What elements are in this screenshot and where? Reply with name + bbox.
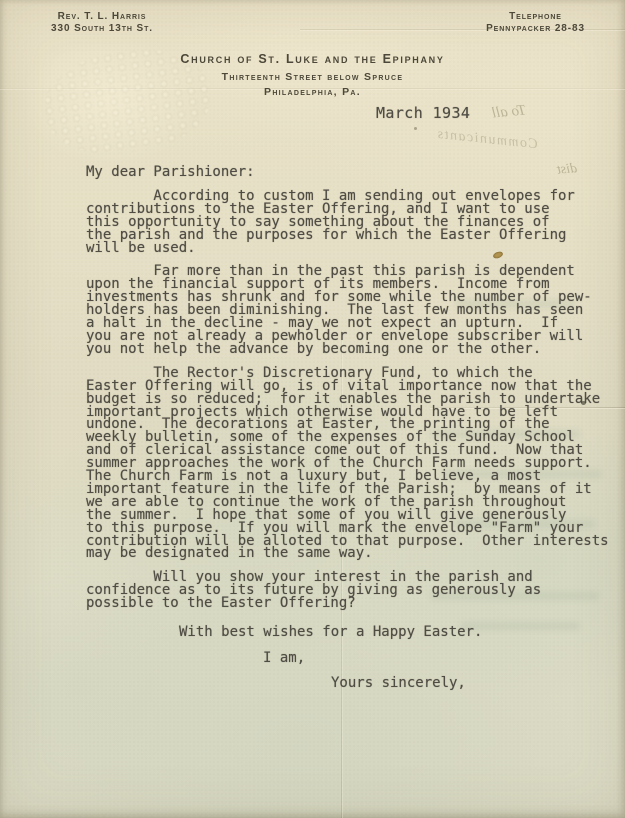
paragraph-4: Will you show your interest in the paris… bbox=[86, 571, 620, 610]
letterhead-church: Church of St. Luke and the Epiphany Thir… bbox=[0, 52, 625, 98]
salutation: My dear Parishioner: bbox=[86, 166, 620, 179]
church-street: Thirteenth Street below Spruce bbox=[0, 71, 625, 83]
closing-wishes: With best wishes for a Happy Easter. bbox=[179, 626, 620, 639]
pencil-note-to-all: To all bbox=[491, 103, 526, 123]
church-name: Church of St. Luke and the Epiphany bbox=[0, 52, 625, 66]
sender-address: 330 South 13th St. bbox=[22, 23, 182, 35]
paragraph-1: According to custom I am sending out env… bbox=[86, 190, 620, 255]
letter-body: My dear Parishioner: According to custom… bbox=[86, 166, 620, 690]
pencil-note-communicants: Communicants bbox=[435, 127, 538, 154]
telephone-label: Telephone bbox=[458, 11, 613, 23]
letterhead-sender: Rev. T. L. Harris 330 South 13th St. bbox=[22, 11, 182, 35]
sender-name: Rev. T. L. Harris bbox=[22, 11, 182, 23]
letter-date: March 1934 bbox=[376, 104, 470, 122]
paper-speck bbox=[414, 127, 417, 130]
closing-signoff: Yours sincerely, bbox=[331, 677, 620, 690]
closing-i-am: I am, bbox=[263, 652, 620, 665]
church-city: Philadelphia, Pa. bbox=[0, 86, 625, 98]
scanned-letter-page: Rev. T. L. Harris 330 South 13th St. Tel… bbox=[0, 0, 625, 818]
paragraph-2: Far more than in the past this parish is… bbox=[86, 265, 620, 355]
letterhead-telephone: Telephone Pennypacker 28-83 bbox=[458, 11, 613, 35]
telephone-number: Pennypacker 28-83 bbox=[458, 23, 613, 35]
paragraph-3: The Rector's Discretionary Fund, to whic… bbox=[86, 367, 620, 561]
